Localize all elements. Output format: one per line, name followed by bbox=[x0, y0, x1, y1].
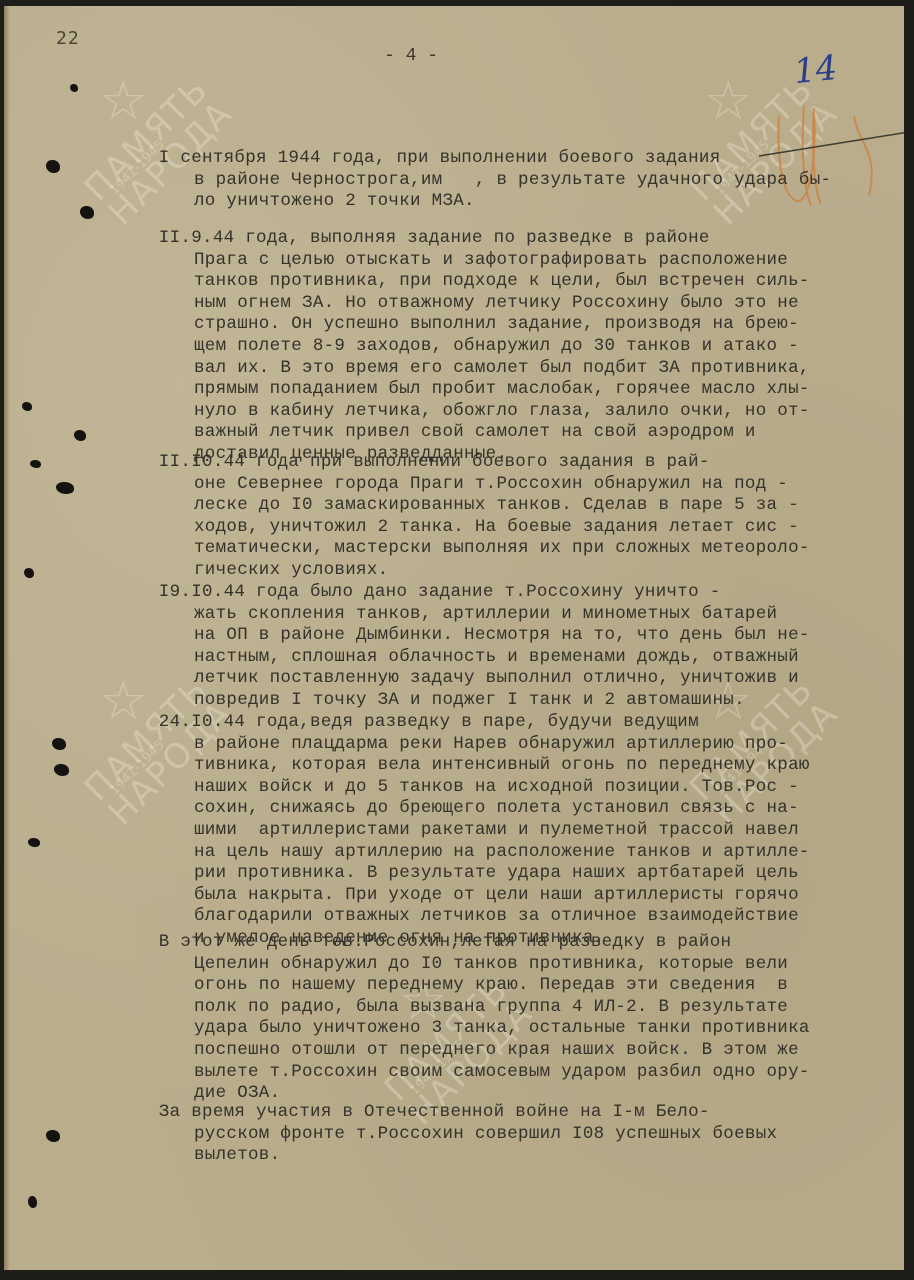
document-text-line: тивника, которая вела интенсивный огонь … bbox=[194, 755, 810, 775]
document-text-line: полк по радио, была вызвана группа 4 ИЛ-… bbox=[194, 997, 788, 1017]
binding-hole bbox=[28, 1196, 37, 1208]
document-text-line: вылетов. bbox=[194, 1145, 280, 1165]
document-text-line: шими артиллеристами ракетами и пулеметно… bbox=[194, 820, 799, 840]
document-text-line: благодарили отважных летчиков за отлично… bbox=[194, 906, 799, 926]
binding-hole bbox=[30, 460, 41, 468]
binding-hole bbox=[54, 764, 69, 776]
document-text-line: наших войск и до 5 танков на исходной по… bbox=[194, 777, 799, 797]
document-text-line: в районе плацдарма реки Нарев обнаружил … bbox=[194, 734, 788, 754]
document-text-line: вал их. В это время его самолет был подб… bbox=[194, 358, 810, 378]
document-text-line: Прага с целью отыскать и зафотографирова… bbox=[194, 250, 788, 270]
binding-hole bbox=[46, 1130, 60, 1142]
document-text-line: оне Севернее города Праги т.Россохин обн… bbox=[194, 474, 788, 494]
document-text-line: настным, сплошная облачность и временами… bbox=[194, 647, 799, 667]
document-text-line: огонь по нашему переднему краю. Передав … bbox=[194, 975, 788, 995]
document-text-line: В этот же день тов.Россохин,летая на раз… bbox=[94, 932, 731, 952]
binding-hole bbox=[52, 738, 66, 750]
document-text-line: I9.I0.44 года было дано задание т.Россох… bbox=[94, 582, 721, 602]
document-text-line: удара было уничтожено 3 танка, остальные… bbox=[194, 1018, 810, 1038]
archive-stamp-number: 22 bbox=[56, 28, 80, 49]
document-text-line: леске до I0 замаскированных танков. Сдел… bbox=[194, 495, 799, 515]
document-text-line: важный летчик привел свой самолет на сво… bbox=[194, 422, 756, 442]
document-text-line: поспешно отошли от переднего края наших … bbox=[194, 1040, 799, 1060]
document-text-line: гических условиях. bbox=[194, 560, 388, 580]
handwritten-sheet-number: 14 bbox=[792, 48, 839, 92]
document-text-line: нуло в кабину летчика, обожгло глаза, за… bbox=[194, 401, 810, 421]
document-text-line: ходов, уничтожил 2 танка. На боевые зада… bbox=[194, 517, 799, 537]
document-text-line: страшно. Он успешно выполнил задание, пр… bbox=[194, 314, 799, 334]
document-text-line: сохин, снижаясь до бреющего полета устан… bbox=[194, 798, 799, 818]
document-text-line: на ОП в районе Дымбинки. Несмотря на то,… bbox=[194, 625, 810, 645]
binding-hole bbox=[46, 160, 60, 173]
document-text-line: в районе Чернострога,им , в результате у… bbox=[194, 170, 831, 190]
document-text-line: ло уничтожено 2 точки МЗА. bbox=[194, 191, 475, 211]
document-text-line: дие ОЗА. bbox=[194, 1083, 280, 1103]
document-text-line: II.9.44 года, выполняя задание по развед… bbox=[94, 228, 710, 248]
binding-hole bbox=[24, 568, 34, 578]
document-text-line: II.I0.44 года при выполнении боевого зад… bbox=[94, 452, 710, 472]
binding-hole bbox=[56, 482, 74, 494]
document-text-line: тематически, мастерски выполняя их при с… bbox=[194, 538, 810, 558]
page-edge-shadow bbox=[4, 6, 10, 1270]
document-text-line: повредив I точку ЗА и поджег I танк и 2 … bbox=[194, 690, 745, 710]
document-text-line: вылете т.Россохин своим самосевым ударом… bbox=[194, 1062, 810, 1082]
document-text-line: прямым попаданием был пробит маслобак, г… bbox=[194, 379, 810, 399]
binding-hole bbox=[80, 206, 94, 219]
document-text-line: рии противника. В результате удара наших… bbox=[194, 863, 799, 883]
document-text-line: Цепелин обнаружил до I0 танков противник… bbox=[194, 954, 788, 974]
document-text-line: За время участия в Отечественной войне н… bbox=[94, 1102, 710, 1122]
document-text-line: 24.I0.44 года,ведя разведку в паре, буду… bbox=[94, 712, 699, 732]
binding-hole bbox=[28, 838, 40, 847]
document-page: ☆ 1941-1945 ПАМЯТЬНАРОДА ☆ 1941-1945 ПАМ… bbox=[4, 6, 904, 1270]
star-icon: ☆ bbox=[99, 74, 237, 128]
document-text-line: на цель нашу артиллерию на расположение … bbox=[194, 842, 810, 862]
document-text-line: жать скопления танков, артиллерии и мино… bbox=[194, 604, 777, 624]
binding-hole bbox=[74, 430, 86, 441]
binding-hole bbox=[22, 402, 32, 411]
document-text-line: щем полете 8-9 заходов, обнаружил до 30 … bbox=[194, 336, 799, 356]
page-number: - 4 - bbox=[384, 46, 438, 66]
document-text-line: ным огнем ЗА. Но отважному летчику Россо… bbox=[194, 293, 799, 313]
binding-hole bbox=[70, 84, 78, 92]
document-text-line: танков противника, при подходе к цели, б… bbox=[194, 271, 810, 291]
document-text-line: русском фронте т.Россохин совершил I08 у… bbox=[194, 1124, 777, 1144]
document-text-line: была накрыта. При уходе от цели наши арт… bbox=[194, 885, 799, 905]
document-text-line: летчик поставленную задачу выполнил отли… bbox=[194, 668, 799, 688]
document-text-line: I сентября 1944 года, при выполнении бое… bbox=[94, 148, 721, 168]
